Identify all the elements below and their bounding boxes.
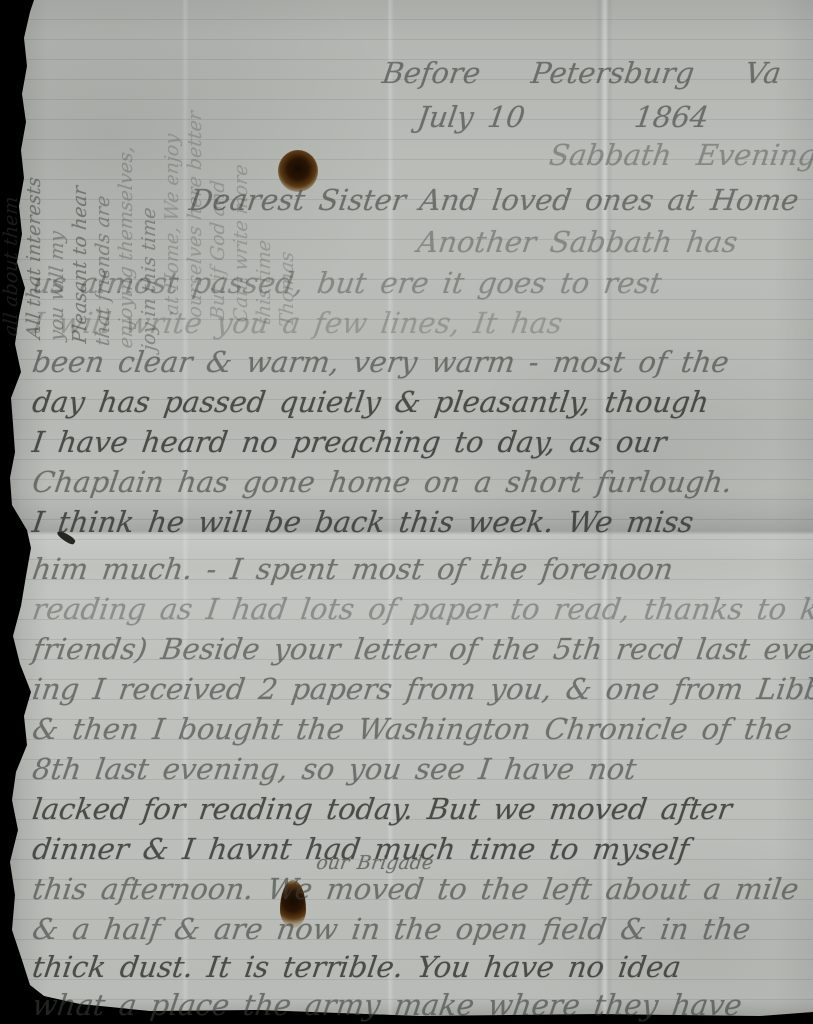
body-line: reading as I had lots of paper to read, … bbox=[30, 592, 813, 626]
heading-date-month-day: July 10 bbox=[415, 100, 527, 134]
body-line: ing I received 2 papers from you, & one … bbox=[30, 672, 813, 706]
heading-date-year: 1864 bbox=[632, 100, 711, 134]
heading-place: Before Petersburg Va bbox=[380, 56, 783, 90]
body-line: Chaplain has gone home on a short furlou… bbox=[30, 465, 734, 499]
interline-note: our Brigade bbox=[315, 852, 435, 874]
body-line: I think he will be back this week. We mi… bbox=[30, 505, 696, 539]
body-line: this afternoon. We moved to the left abo… bbox=[30, 872, 801, 906]
margin-line: this time bbox=[253, 27, 276, 364]
margin-line: But if God and bbox=[207, 22, 230, 359]
body-line: I have heard no preaching to day, as our bbox=[30, 425, 668, 459]
margin-line: All that interests bbox=[23, 2, 46, 339]
body-line: & then I bought the Washington Chronicle… bbox=[30, 712, 794, 746]
margin-line: Cant write more bbox=[230, 24, 253, 361]
body-line: & a half & are now in the open field & i… bbox=[30, 912, 752, 946]
body-line: been clear & warm, very warm - most of t… bbox=[30, 345, 731, 379]
margin-line: you will my bbox=[46, 5, 69, 342]
body-line: lacked for reading today. But we moved a… bbox=[30, 792, 734, 826]
body-line: 8th last evening, so you see I have not bbox=[30, 752, 638, 786]
heading-date: July 101864 bbox=[415, 100, 711, 134]
heading-day-line: Sabbath Evening bbox=[547, 138, 813, 172]
margin-line: enjoying themselves, bbox=[115, 12, 138, 349]
opening-line: Another Sabbath has bbox=[415, 225, 739, 259]
margin-line: Thomas bbox=[276, 29, 299, 366]
body-line: him much. - I spent most of the forenoon bbox=[30, 552, 675, 586]
margin-line: all about them bbox=[0, 0, 23, 337]
margin-cross-writing: all about them All that interests you wi… bbox=[0, 0, 300, 367]
margin-line: Pleasant to hear bbox=[69, 7, 92, 344]
body-line: day has passed quietly & pleasantly, tho… bbox=[30, 385, 711, 419]
body-line: friends) Beside your letter of the 5th r… bbox=[30, 632, 813, 666]
margin-line: at Home, We enjoy bbox=[161, 17, 184, 354]
body-line: what a place the army make where they ha… bbox=[30, 988, 744, 1022]
margin-line: joy in this time bbox=[138, 15, 161, 352]
margin-line: ourselves here better bbox=[184, 19, 207, 356]
body-line: thick dust. It is terrible. You have no … bbox=[30, 950, 683, 984]
margin-line: that friends are bbox=[92, 10, 115, 347]
